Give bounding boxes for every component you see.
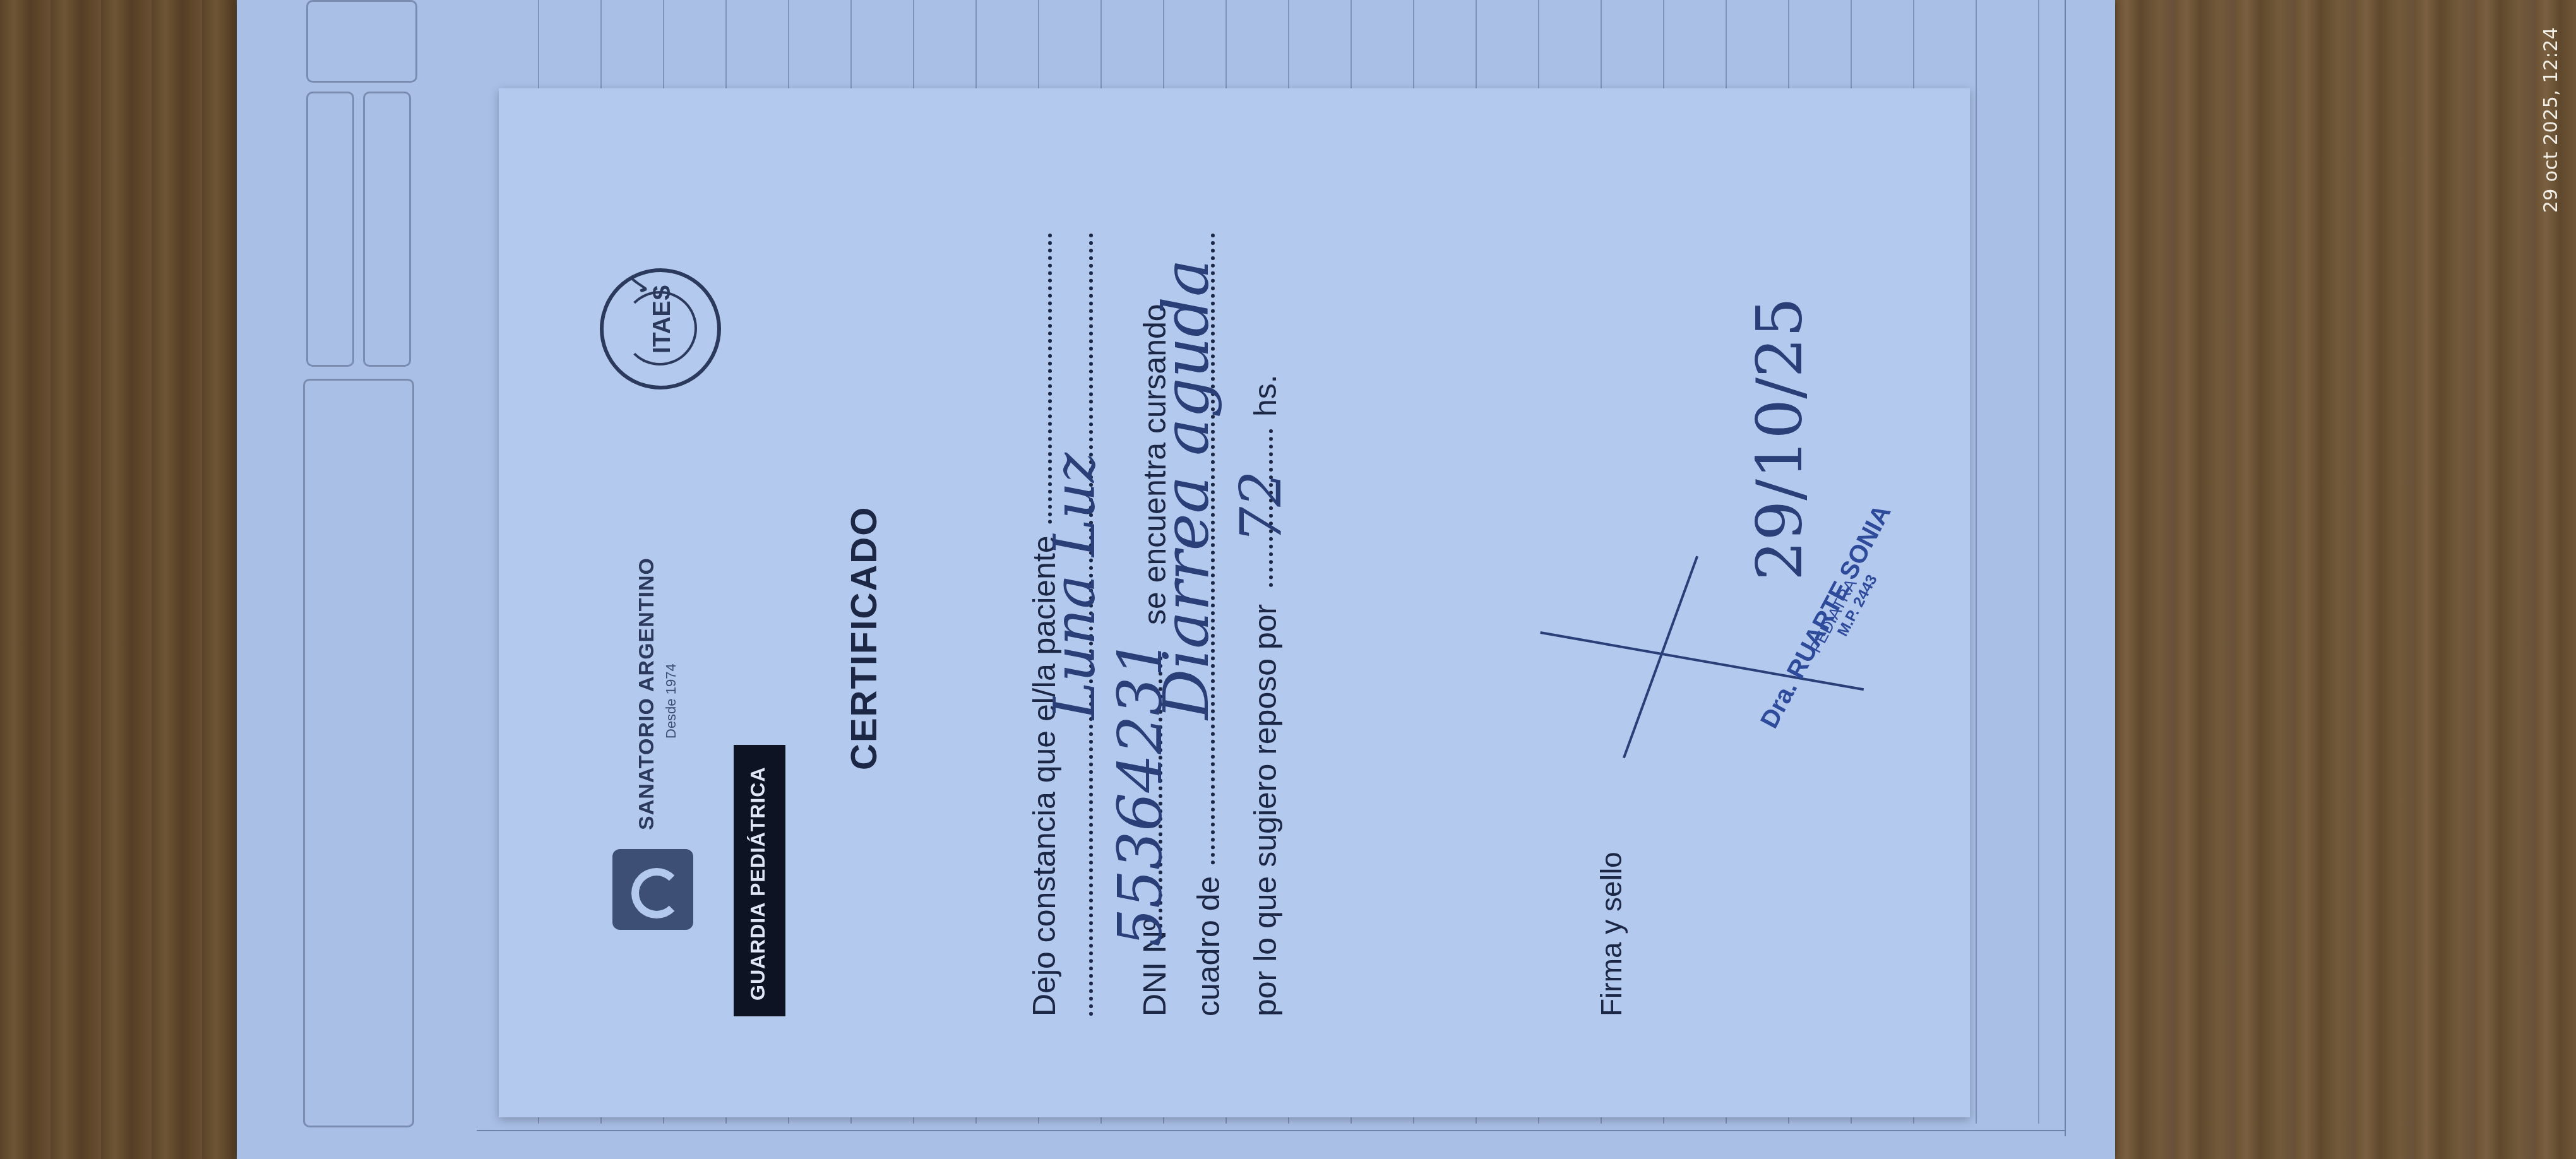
form-box xyxy=(306,92,354,367)
sheet-border-bottom xyxy=(477,1130,2065,1131)
patient-name: Luna Luz xyxy=(1042,453,1108,720)
rest-hours: 72 xyxy=(1228,470,1294,543)
signature-date: 29/10/25 xyxy=(1743,297,1816,581)
institution-name: SANATORIO ARGENTINO xyxy=(635,557,659,830)
certificate-sheet: SANATORIO ARGENTINO Desde 1974 GUARDIA P… xyxy=(499,88,1970,1117)
line3-label: cuadro de xyxy=(1190,876,1227,1016)
wooden-table-right xyxy=(2115,0,2576,1159)
diagnosis: Diarrea aguda xyxy=(1149,259,1223,720)
line4-suffix: hs. xyxy=(1247,374,1284,417)
form-box xyxy=(363,92,411,367)
form-box xyxy=(306,0,417,83)
signature-label: Firma y sello xyxy=(1594,852,1628,1016)
wooden-table-left xyxy=(0,0,240,1159)
sanatorio-logo-icon xyxy=(612,849,693,930)
department-name: GUARDIA PEDIÁTRICA xyxy=(746,766,770,1001)
line4-label: por lo que sugiero reposo por xyxy=(1247,604,1284,1016)
sheet-border xyxy=(2065,0,2066,1136)
form-box xyxy=(303,379,414,1127)
document-title: CERTIFICADO xyxy=(843,506,885,770)
check-icon: ✓ xyxy=(622,271,657,297)
photo-timestamp: 29 oct 2025, 12:24 xyxy=(2540,27,2562,213)
institution-since: Desde 1974 xyxy=(663,663,679,739)
